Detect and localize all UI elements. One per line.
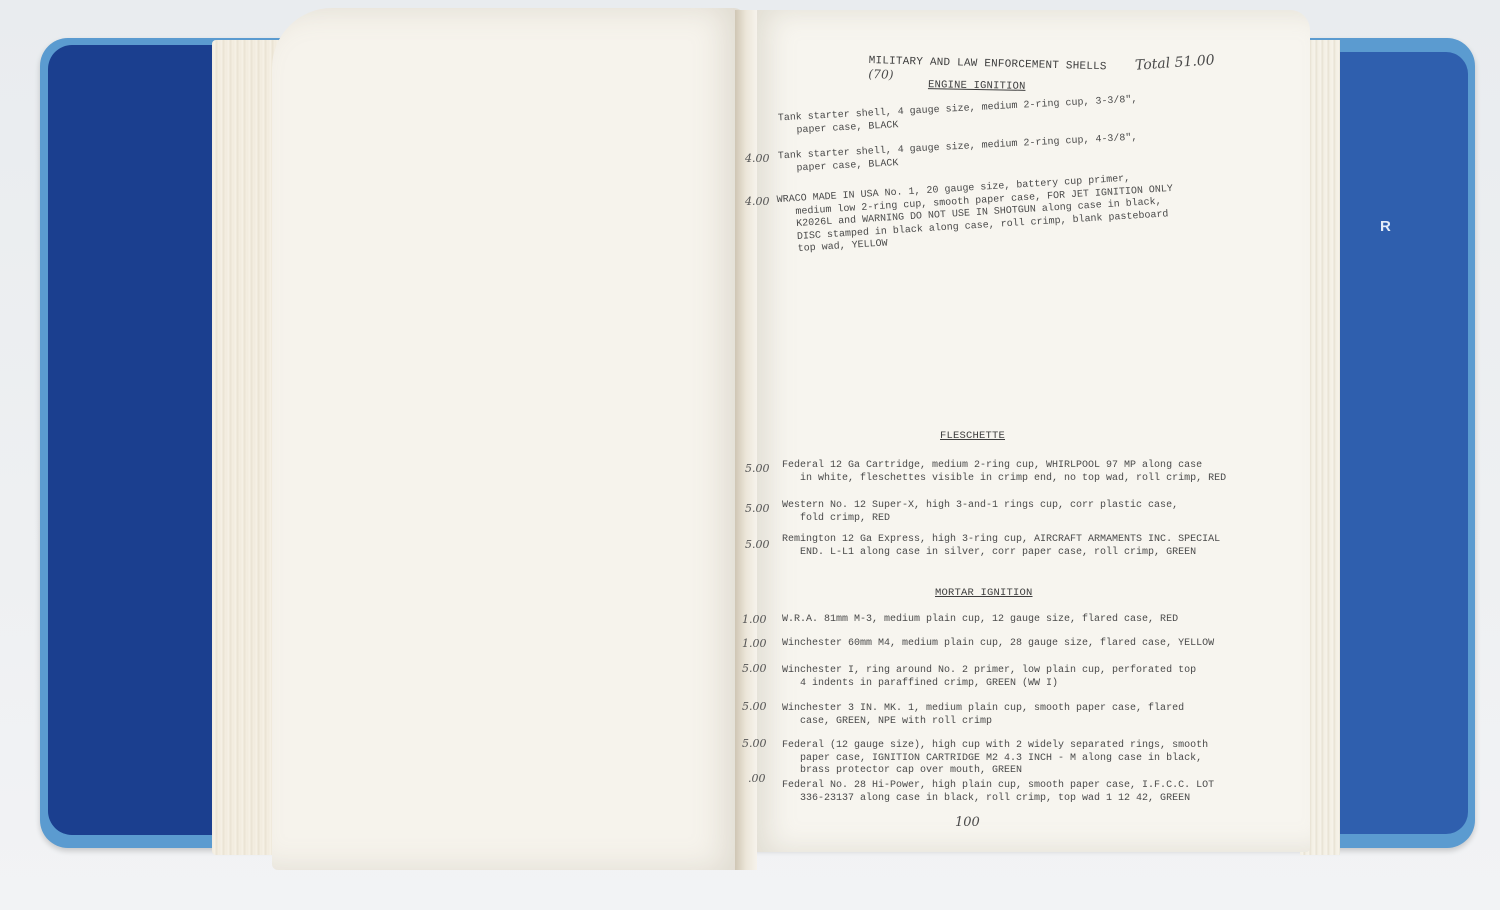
page-count-note: (70) [868,67,894,82]
entry-text: W.R.A. 81mm M-3, medium plain cup, 12 ga… [782,614,1178,627]
entry-price: 5.00 [745,502,770,515]
entry-text: Winchester I, ring around No. 2 primer, … [782,665,1196,690]
entry-price: .00 [748,772,766,785]
entry-text: Remington 12 Ga Express, high 3-ring cup… [782,534,1220,559]
blank-left-page[interactable] [272,8,744,870]
page-number: 100 [955,815,980,830]
entry-price: 5.00 [745,538,770,551]
entry-price: 4.00 [745,195,770,208]
section-heading-fleschette: FLESCHETTE [940,430,1005,443]
section-heading-engine-ignition: ENGINE IGNITION [928,79,1026,94]
entry-price: 5.00 [742,662,767,675]
entry-text: Federal 12 Ga Cartridge, medium 2-ring c… [782,460,1226,485]
entry-price: 5.00 [742,737,767,750]
entry-text: Winchester 60mm M4, medium plain cup, 28… [782,638,1214,651]
entry-price: 1.00 [742,637,767,650]
entry-price: 1.00 [742,613,767,626]
binder-inside-right [1330,52,1468,834]
entry-text: Western No. 12 Super-X, high 3-and-1 rin… [782,500,1178,525]
entry-text: Federal (12 gauge size), high cup with 2… [782,740,1208,778]
cover-text-fragment: R [1380,218,1391,235]
entry-price: 4.00 [745,152,770,165]
entry-price: 5.00 [742,700,767,713]
section-heading-mortar-ignition: MORTAR IGNITION [935,587,1033,600]
page-title-text: MILITARY AND LAW ENFORCEMENT SHELLS [869,55,1107,73]
entry-text: Winchester 3 IN. MK. 1, medium plain cup… [782,703,1184,728]
entry-text: Federal No. 28 Hi-Power, high plain cup,… [782,780,1214,805]
entry-price: 5.00 [745,462,770,475]
